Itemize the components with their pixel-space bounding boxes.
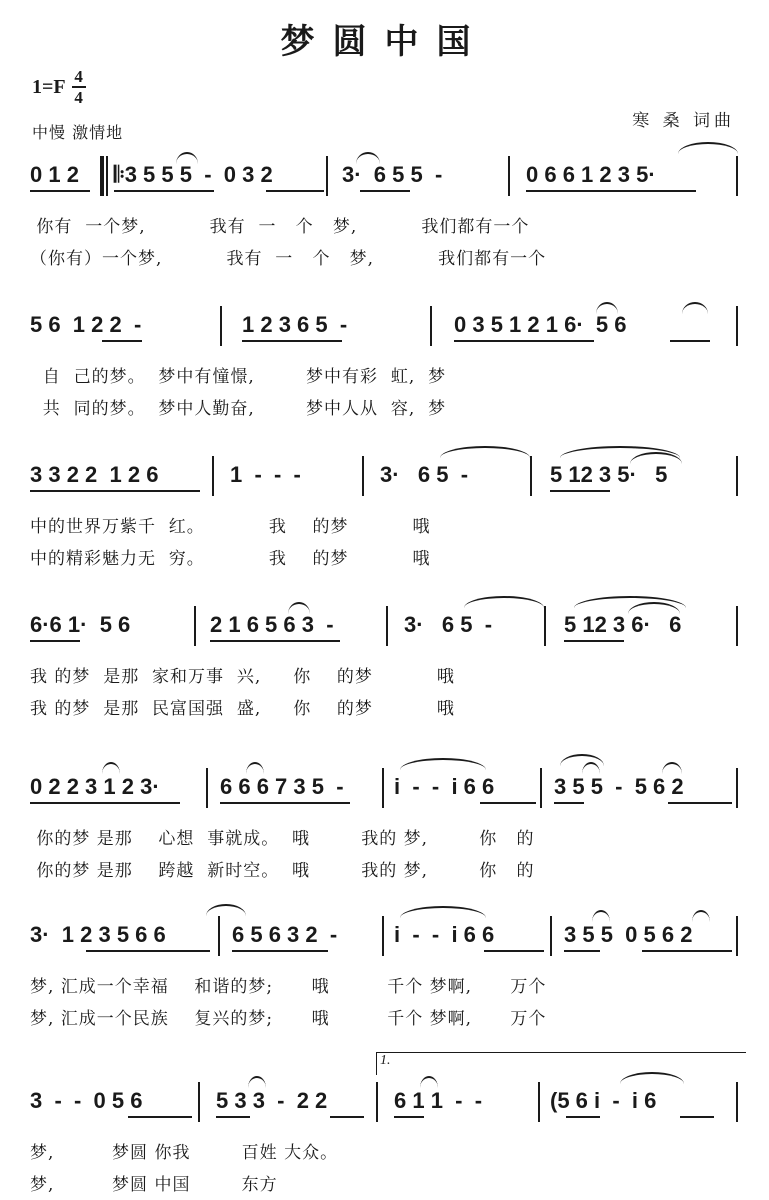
slur-arc xyxy=(440,446,530,458)
measure: 3· 1 2 3 5 6 6 xyxy=(30,922,166,948)
barline xyxy=(544,606,546,646)
repeat-start-barline xyxy=(100,156,104,196)
tie-arc xyxy=(662,762,682,774)
tie-arc xyxy=(420,1076,438,1088)
tie-arc xyxy=(692,910,710,922)
lyrics-verse-1: 中的世界万紫千 红。 我 的梦 哦 xyxy=(30,512,431,537)
lyrics-verse-2: 你的梦 是那 跨越 新时空。 哦 我的 梦, 你 的 xyxy=(30,856,535,881)
song-title: 梦圆中国 xyxy=(0,14,769,63)
barline xyxy=(430,306,432,346)
underline-beam xyxy=(30,490,200,492)
barline xyxy=(736,306,738,346)
underline-beam xyxy=(642,950,732,952)
barline xyxy=(326,156,328,196)
barline xyxy=(736,916,738,956)
lyrics-verse-2: 中的精彩魅力无 穷。 我 的梦 哦 xyxy=(30,544,431,569)
measure: 3 3 2 2 1 2 6 xyxy=(30,462,158,488)
measure: 3 5 5 0 5 6 2 xyxy=(564,922,692,948)
first-ending-bracket: 1. xyxy=(376,1052,746,1075)
measure: 5 12 3 5· 5 xyxy=(550,462,667,488)
measure: 0 6 6 1 2 3 5· xyxy=(526,162,656,188)
notation-line: 3 3 2 2 1 2 6 1 - - - 3· 6 5 - 5 12 3 5·… xyxy=(30,450,745,500)
measure: 1 - - - xyxy=(230,462,301,488)
barline xyxy=(530,456,532,496)
underline-beam xyxy=(242,340,342,342)
notation-line: 0 2 2 3 1 2 3· 6 6 6 7 3 5 - i - - i 6 6… xyxy=(30,762,745,812)
lyrics-verse-2: （你有）一个梦, 我有 一 个 梦, 我们都有一个 xyxy=(30,244,546,269)
measure: 3 - - 0 5 6 xyxy=(30,1088,143,1114)
barline xyxy=(736,606,738,646)
lyrics-verse-1: 你的梦 是那 心想 事就成。 哦 我的 梦, 你 的 xyxy=(30,824,535,849)
tempo-marking: 中慢 激情地 xyxy=(32,120,123,143)
tie-arc xyxy=(246,762,264,774)
barline xyxy=(736,456,738,496)
tie-arc xyxy=(288,602,310,614)
slur-arc xyxy=(560,754,604,766)
underline-beam xyxy=(210,640,340,642)
measure: i - - i 6 6 xyxy=(394,774,494,800)
measure: 6 1 1 - - xyxy=(394,1088,482,1114)
lyrics-verse-2: 梦, 梦圆 中国 东方 xyxy=(30,1170,278,1195)
notation-line: 0 1 2 𝄆3 5 5 5 - 0 3 2 3· 6 5 5 - 0 6 6 … xyxy=(30,150,745,200)
lyrics-verse-1: 自 己的梦。 梦中有憧憬, 梦中有彩 虹, 梦 xyxy=(30,362,446,387)
notation-line: 5 6 1 2 2 - 1 2 3 6 5 - 0 3 5 1 2 1 6· 5… xyxy=(30,300,745,350)
tie-arc xyxy=(356,152,380,164)
measure: 1 2 3 6 5 - xyxy=(242,312,347,338)
underline-beam xyxy=(220,802,350,804)
measure: (5 6 i - i 6 xyxy=(550,1088,656,1114)
barline xyxy=(362,456,364,496)
slur-arc xyxy=(464,596,544,608)
underline-beam xyxy=(394,1116,424,1118)
repeat-start-thin-barline xyxy=(106,156,108,196)
lyrics-verse-1: 我 的梦 是那 家和万事 兴, 你 的梦 哦 xyxy=(30,662,455,687)
measure: 0 3 5 1 2 1 6· 5 6 xyxy=(454,312,626,338)
tie-arc xyxy=(102,762,120,774)
barline xyxy=(508,156,510,196)
measure: 5 6 1 2 2 - xyxy=(30,312,141,338)
underline-beam xyxy=(30,190,90,192)
underline-beam xyxy=(454,340,594,342)
underline-beam xyxy=(128,1116,192,1118)
slur-arc xyxy=(206,904,246,916)
tie-arc xyxy=(176,152,198,164)
lyrics-verse-1: 梦, 梦圆 你我 百姓 大众。 xyxy=(30,1138,338,1163)
barline xyxy=(218,916,220,956)
measure: 6 6 6 7 3 5 - xyxy=(220,774,344,800)
underline-beam xyxy=(30,802,180,804)
slur-arc xyxy=(400,906,486,918)
measure-pickup: 0 1 2 xyxy=(30,162,79,188)
barline xyxy=(198,1082,200,1122)
measure: 3 5 5 - 5 6 2 xyxy=(554,774,684,800)
barline xyxy=(736,1082,738,1122)
barline xyxy=(382,916,384,956)
time-signature: 4 4 xyxy=(72,68,86,106)
underline-beam xyxy=(554,802,584,804)
barline xyxy=(540,768,542,808)
time-signature-bottom: 4 xyxy=(74,89,83,106)
barline xyxy=(382,768,384,808)
barline xyxy=(212,456,214,496)
key-label: 1=F xyxy=(32,76,66,99)
underline-beam xyxy=(566,1116,600,1118)
slur-arc xyxy=(678,142,738,154)
composer-credit: 寒 桑 词曲 xyxy=(632,106,735,131)
underline-beam xyxy=(86,950,210,952)
tie-arc xyxy=(248,1076,266,1088)
barline xyxy=(220,306,222,346)
lyrics-verse-2: 共 同的梦。 梦中人勤奋, 梦中人从 容, 梦 xyxy=(30,394,446,419)
underline-beam xyxy=(484,950,544,952)
measure: 𝄆3 5 5 5 - 0 3 2 xyxy=(114,162,273,188)
notation-line: 6·6 1· 5 6 2 1 6 5 6 3 - 3· 6 5 - 5 12 3… xyxy=(30,600,745,650)
barline xyxy=(538,1082,540,1122)
underline-beam xyxy=(102,340,142,342)
lyrics-verse-2: 我 的梦 是那 民富国强 盛, 你 的梦 哦 xyxy=(30,694,455,719)
key-signature: 1=F 4 4 xyxy=(32,68,86,106)
underline-beam xyxy=(550,490,610,492)
underline-beam xyxy=(564,950,600,952)
underline-beam xyxy=(30,640,80,642)
measure: 3· 6 5 5 - xyxy=(342,162,442,188)
measure: 0 2 2 3 1 2 3· xyxy=(30,774,160,800)
barline xyxy=(736,768,738,808)
underline-beam xyxy=(526,190,696,192)
measure: 3· 6 5 - xyxy=(380,462,468,488)
tie-arc xyxy=(592,910,610,922)
underline-beam xyxy=(670,340,710,342)
tie-arc xyxy=(682,302,708,314)
measure: 5 3 3 - 2 2 xyxy=(216,1088,327,1114)
underline-beam xyxy=(114,190,214,192)
underline-beam xyxy=(668,802,732,804)
slur-arc xyxy=(400,758,486,770)
tie-arc xyxy=(596,302,618,314)
measure: 6·6 1· 5 6 xyxy=(30,612,130,638)
underline-beam xyxy=(480,802,536,804)
barline xyxy=(376,1082,378,1122)
underline-beam xyxy=(216,1116,250,1118)
underline-beam xyxy=(266,190,324,192)
lyrics-verse-1: 你有 一个梦, 我有 一 个 梦, 我们都有一个 xyxy=(30,212,529,237)
underline-beam xyxy=(360,190,410,192)
barline xyxy=(386,606,388,646)
lyrics-verse-1: 梦, 汇成一个幸福 和谐的梦; 哦 千个 梦啊, 万个 xyxy=(30,972,546,997)
notation-line: 3· 1 2 3 5 6 6 6 5 6 3 2 - i - - i 6 6 3… xyxy=(30,910,745,960)
barline xyxy=(206,768,208,808)
barline xyxy=(194,606,196,646)
underline-beam xyxy=(564,640,624,642)
underline-beam xyxy=(232,950,328,952)
measure: i - - i 6 6 xyxy=(394,922,494,948)
notation-line: 3 - - 0 5 6 5 3 3 - 2 2 6 1 1 - - (5 6 i… xyxy=(30,1076,745,1126)
barline xyxy=(550,916,552,956)
time-signature-top: 4 xyxy=(74,68,83,85)
measure: 5 12 3 6· 6 xyxy=(564,612,681,638)
measure: 3· 6 5 - xyxy=(404,612,492,638)
underline-beam xyxy=(680,1116,714,1118)
barline xyxy=(736,156,738,196)
measure: 6 5 6 3 2 - xyxy=(232,922,337,948)
lyrics-verse-2: 梦, 汇成一个民族 复兴的梦; 哦 千个 梦啊, 万个 xyxy=(30,1004,546,1029)
measure: 2 1 6 5 6 3 - xyxy=(210,612,334,638)
underline-beam xyxy=(330,1116,364,1118)
